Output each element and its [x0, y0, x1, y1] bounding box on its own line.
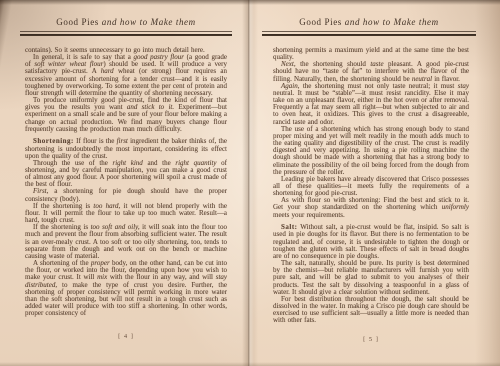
book-spread: Good Pies and how to Make them contains)…	[0, 0, 500, 366]
paragraph: A shortening of the proper body, on the …	[25, 260, 227, 317]
page-top-edge-shadow	[0, 0, 500, 5]
header-rule	[262, 31, 476, 37]
running-header-italic-text: and how to Make them	[102, 17, 196, 27]
paragraph: Through the use of the right kind and th…	[25, 160, 227, 189]
right-page: Good Pies and how to Make them shortenin…	[248, 0, 500, 366]
running-header-roman: Good Pies	[299, 17, 342, 27]
right-page-body: shortening permits a maximum yield and a…	[273, 47, 469, 324]
running-header-roman: Good Pies	[56, 17, 99, 27]
paragraph: Again, the shortening must not only tast…	[273, 83, 469, 126]
left-page-body: contains). So it seems unnecessary to go…	[25, 47, 227, 317]
left-page: Good Pies and how to Make them contains)…	[0, 0, 248, 366]
paragraph: Next, the shortening should taste pleasa…	[273, 61, 469, 82]
page-number: [ 5 ]	[273, 336, 469, 343]
paragraph: The salt, naturally, should be pure. Its…	[273, 260, 469, 296]
paragraph: Leading pie bakers have already discover…	[273, 176, 469, 197]
paragraph: The use of a shortening which has strong…	[273, 126, 469, 176]
book-gutter-crease	[242, 0, 254, 366]
paragraph: For best distribution throughout the dou…	[273, 296, 469, 325]
paragraph: If the shortening is too soft and oily, …	[25, 224, 227, 260]
paragraph: If the shortening is too hard, it will n…	[25, 203, 227, 224]
paragraph: In general, it is safe to say that a goo…	[25, 54, 227, 97]
paragraph: shortening permits a maximum yield and a…	[273, 47, 469, 61]
paragraph: To produce uniformly good pie-crust, fin…	[25, 97, 227, 133]
header-rule	[20, 31, 232, 37]
paragraph: Salt: Without salt, a pie-crust would be…	[273, 224, 469, 260]
running-header: Good Pies and how to Make them	[22, 17, 230, 27]
running-header: Good Pies and how to Make them	[264, 17, 474, 27]
paragraph: As with flour so with shortening: Find t…	[273, 197, 469, 218]
page-bottom-edge-shadow	[0, 362, 500, 366]
paragraph: First, a shortening for pie dough should…	[25, 188, 227, 202]
running-header-italic-text: and how to Make them	[345, 17, 439, 27]
paragraph: Shortening: If flour is the first ingred…	[25, 138, 227, 159]
page-number: [ 4 ]	[25, 333, 227, 340]
